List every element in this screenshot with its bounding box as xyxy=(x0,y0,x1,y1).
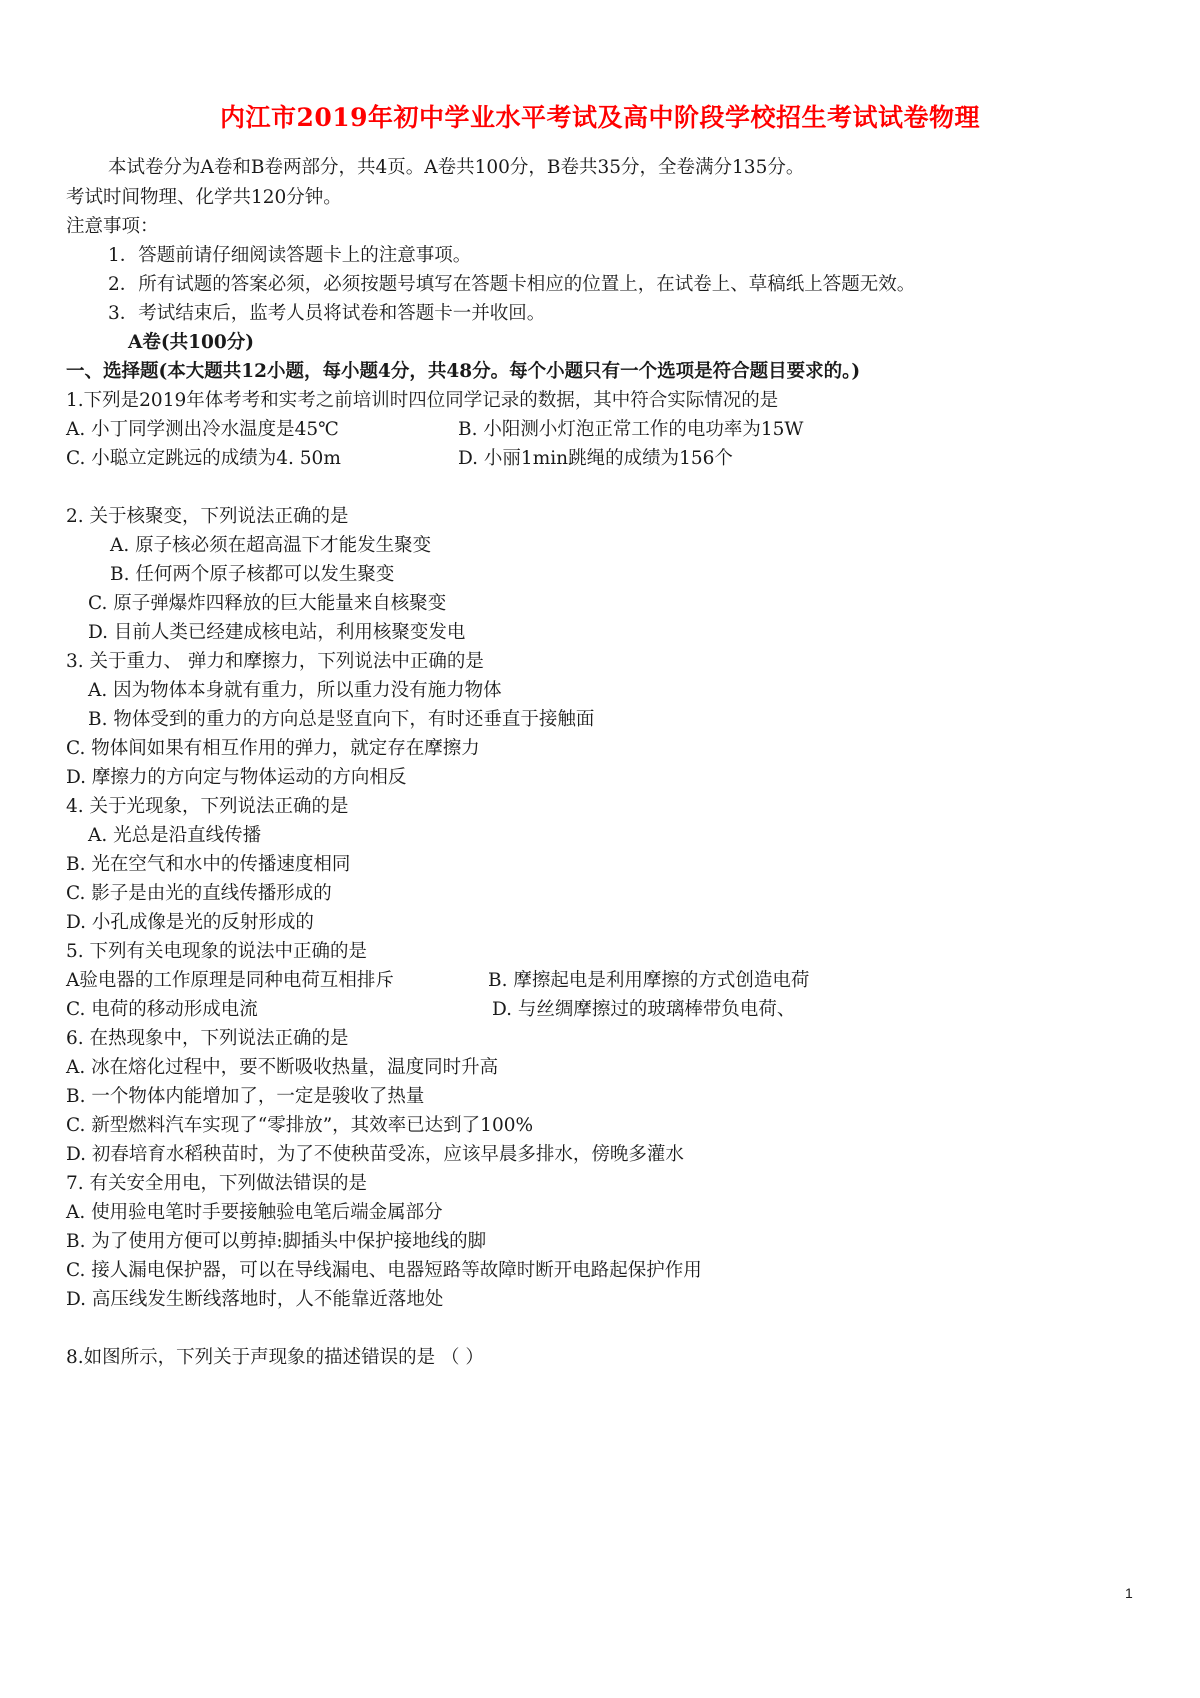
question-option: B. 摩擦起电是利用摩擦的方式创造电荷 xyxy=(488,969,809,993)
page-number: 1 xyxy=(1125,1585,1133,1601)
question-option: D. 目前人类已经建成核电站，利用核聚变发电 xyxy=(88,621,465,645)
intro-line-2: 考试时间物理、化学共120分钟。 xyxy=(66,186,342,210)
question-stem: 8.如图所示，下列关于声现象的描述错误的是 （ ） xyxy=(66,1346,484,1370)
question-stem: 2. 关于核聚变，下列说法正确的是 xyxy=(66,505,349,529)
question-option: D. 初春培育水稻秧苗时，为了不使秧苗受冻，应该早晨多排水，傍晚多灌水 xyxy=(66,1143,684,1167)
intro-line-1: 本试卷分为A卷和B卷两部分，共4页。A卷共100分，B卷共35分，全卷满分135… xyxy=(108,156,804,180)
question-option: D. 摩擦力的方向定与物体运动的方向相反 xyxy=(66,766,406,790)
part1-heading: 一、选择题(本大题共12小题，每小题4分，共48分。每个小题只有一个选项是符合题… xyxy=(66,360,860,384)
question-option: C. 影子是由光的直线传播形成的 xyxy=(66,882,332,906)
question-option: B. 物体受到的重力的方向总是竖直向下，有时还垂直于接触面 xyxy=(88,708,594,732)
question-option: C. 电荷的移动形成电流 xyxy=(66,998,258,1022)
notes-heading: 注意事项： xyxy=(66,215,159,239)
question-option: B. 小阳测小灯泡正常工作的电功率为15W xyxy=(458,418,803,442)
question-stem: 7. 有关安全用电，下列做法错误的是 xyxy=(66,1172,367,1196)
question-option: C. 新型燃料汽车实现了“零排放”，其效率已达到了100% xyxy=(66,1114,533,1138)
document-title: 内江市2019年初中学业水平考试及高中阶段学校招生考试试卷物理 xyxy=(0,98,1200,134)
question-option: A. 使用验电笔时手要接触验电笔后端金属部分 xyxy=(66,1201,443,1225)
question-stem: 1.下列是2019年体考考和实考之前培训时四位同学记录的数据，其中符合实际情况的… xyxy=(66,389,778,413)
question-option: C. 原子弹爆炸四释放的巨大能量来自核聚变 xyxy=(88,592,446,616)
question-option: A验电器的工作原理是同种电荷互相排斥 xyxy=(66,969,394,993)
question-option: C. 物体间如果有相互作用的弹力，就定存在摩擦力 xyxy=(66,737,480,761)
question-option: D. 小孔成像是光的反射形成的 xyxy=(66,911,314,935)
question-stem: 6. 在热现象中，下列说法正确的是 xyxy=(66,1027,349,1051)
question-option: D. 与丝绸摩擦过的玻璃棒带负电荷、 xyxy=(492,998,795,1022)
question-option: A. 光总是沿直线传播 xyxy=(88,824,261,848)
question-stem: 4. 关于光现象，下列说法正确的是 xyxy=(66,795,349,819)
question-option: A. 因为物体本身就有重力，所以重力没有施力物体 xyxy=(88,679,502,703)
question-option: B. 一个物体内能增加了，一定是骏收了热量 xyxy=(66,1085,424,1109)
section-a-heading: A卷(共100分) xyxy=(128,331,254,355)
note-item: 1．答题前请仔细阅读答题卡上的注意事项。 xyxy=(108,244,471,268)
question-option: B. 为了使用方便可以剪掉:脚插头中保护接地线的脚 xyxy=(66,1230,486,1254)
note-item: 2．所有试题的答案必须，必须按题号填写在答题卡相应的位置上，在试卷上、草稿纸上答… xyxy=(108,273,915,297)
question-option: C. 接人漏电保护器，可以在导线漏电、电器短路等故障时断开电路起保护作用 xyxy=(66,1259,702,1283)
note-item: 3．考试结束后，监考人员将试卷和答题卡一并收回。 xyxy=(108,302,545,326)
question-option: A. 冰在熔化过程中，要不断吸收热量，温度同时升高 xyxy=(66,1056,498,1080)
question-option: B. 任何两个原子核都可以发生聚变 xyxy=(110,563,394,587)
question-option: C. 小聪立定跳远的成绩为4. 50m xyxy=(66,447,341,471)
question-option: A. 小丁同学测出冷水温度是45℃ xyxy=(66,418,339,442)
question-stem: 5. 下列有关电现象的说法中正确的是 xyxy=(66,940,367,964)
question-option: D. 小丽1min跳绳的成绩为156个 xyxy=(458,447,733,471)
question-option: D. 高压线发生断线落地时，人不能靠近落地处 xyxy=(66,1288,443,1312)
question-option: A. 原子核必须在超高温下才能发生聚变 xyxy=(110,534,431,558)
question-option: B. 光在空气和水中的传播速度相同 xyxy=(66,853,350,877)
question-stem: 3. 关于重力、 弹力和摩擦力，下列说法中正确的是 xyxy=(66,650,484,674)
